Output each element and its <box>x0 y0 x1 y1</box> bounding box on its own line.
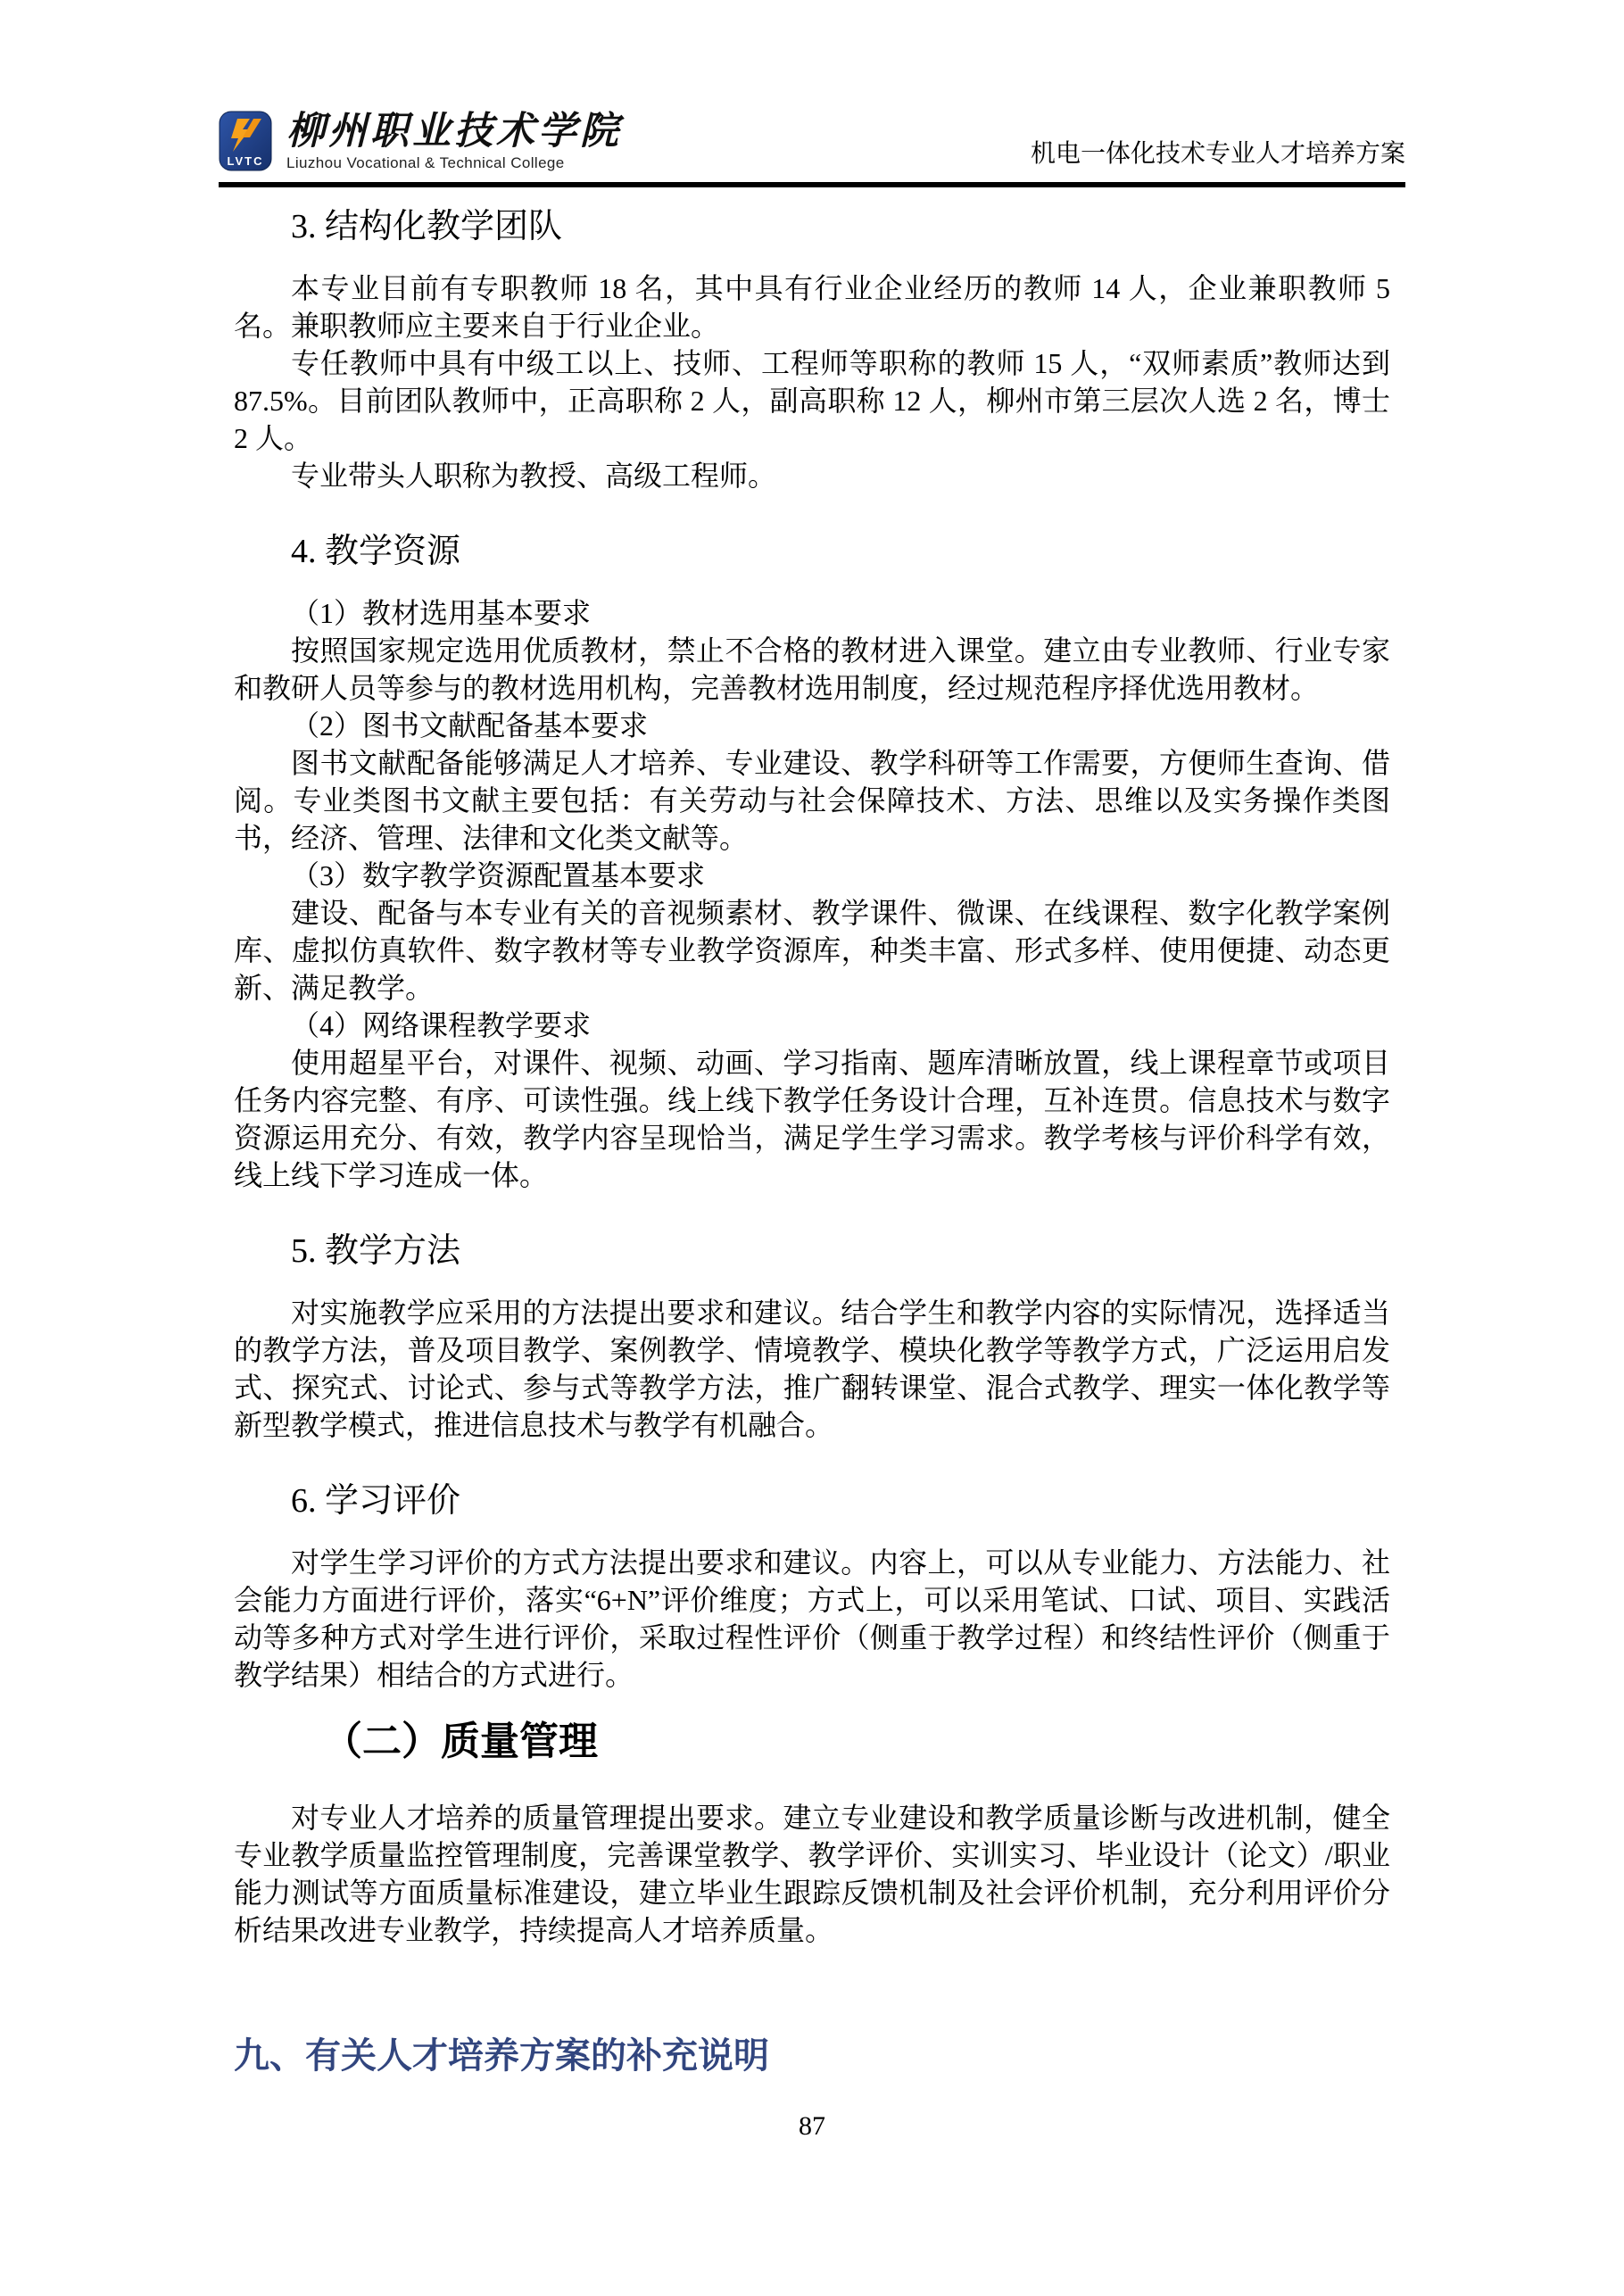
page-number: 87 <box>234 2111 1390 2142</box>
paragraph: 本专业目前有专职教师 18 名，其中具有行业企业经历的教师 14 人，企业兼职教… <box>234 269 1390 344</box>
svg-text:LVTC: LVTC <box>228 154 264 168</box>
paragraph: 对实施教学应采用的方法提出要求和建议。结合学生和教学内容的实际情况，选择适当的教… <box>234 1294 1390 1444</box>
major-section-heading: （二）质量管理 <box>323 1717 1390 1767</box>
paragraph: 对专业人才培养的质量管理提出要求。建立专业建设和教学质量诊断与改进机制，健全专业… <box>234 1799 1390 1949</box>
paragraph: 图书文献配备能够满足人才培养、专业建设、教学科研等工作需要，方便师生查询、借阅。… <box>234 744 1390 857</box>
paragraph: 按照国家规定选用优质教材，禁止不合格的教材进入课堂。建立由专业教师、行业专家和教… <box>234 632 1390 707</box>
college-brand: LVTC 柳州职业技术学院 Liuzhou Vocational & Techn… <box>219 111 622 173</box>
section-heading: 4. 教学资源 <box>291 530 1390 573</box>
paragraph: 建设、配备与本专业有关的音视频素材、教学课件、微课、在线课程、数字化教学案例库、… <box>234 894 1390 1007</box>
college-name-cn: 柳州职业技术学院 <box>286 112 622 153</box>
subsection-heading: （1）教材选用基本要求 <box>234 594 1390 632</box>
college-name-en: Liuzhou Vocational & Technical College <box>286 154 622 172</box>
section-heading: 3. 结构化教学团队 <box>291 205 1390 248</box>
college-logo-icon: LVTC <box>219 111 272 173</box>
subsection-heading: （3）数字教学资源配置基本要求 <box>234 857 1390 894</box>
document-body: 3. 结构化教学团队本专业目前有专职教师 18 名，其中具有行业企业经历的教师 … <box>234 205 1390 2077</box>
section-heading: 5. 教学方法 <box>291 1230 1390 1272</box>
paragraph: 专任教师中具有中级工以上、技师、工程师等职称的教师 15 人，“双师素质”教师达… <box>234 344 1390 457</box>
page-header: LVTC 柳州职业技术学院 Liuzhou Vocational & Techn… <box>219 111 1405 187</box>
paragraph: 对学生学习评价的方式方法提出要求和建议。内容上，可以从专业能力、方法能力、社会能… <box>234 1544 1390 1694</box>
paragraph: 专业带头人职称为教授、高级工程师。 <box>234 457 1390 494</box>
chapter-heading: 九、有关人才培养方案的补充说明 <box>234 2035 1390 2077</box>
subsection-heading: （4）网络课程教学要求 <box>234 1007 1390 1044</box>
section-heading: 6. 学习评价 <box>291 1480 1390 1522</box>
paragraph: 使用超星平台，对课件、视频、动画、学习指南、题库清晰放置，线上课程章节或项目任务… <box>234 1044 1390 1194</box>
document-title: 机电一体化技术专业人才培养方案 <box>1031 139 1405 173</box>
document-page: LVTC 柳州职业技术学院 Liuzhou Vocational & Techn… <box>0 0 1624 2296</box>
subsection-heading: （2）图书文献配备基本要求 <box>234 707 1390 744</box>
